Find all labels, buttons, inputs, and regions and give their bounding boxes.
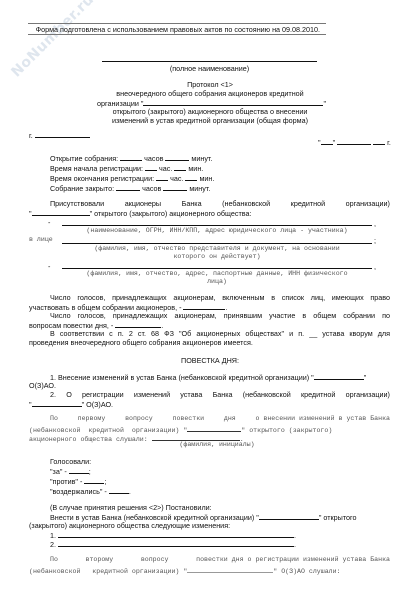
representative-field[interactable] xyxy=(62,243,372,244)
date-row: "" г. xyxy=(318,137,391,147)
time-unit: минут. xyxy=(189,184,210,193)
date-quote-close: " xyxy=(333,138,336,147)
hours-field[interactable] xyxy=(145,163,157,171)
word: дня xyxy=(224,415,236,422)
text: (небанковской кредитной организации) " xyxy=(29,568,187,575)
minutes-field[interactable] xyxy=(163,183,187,191)
resolve-line-2: (закрытого) акционерного общества следую… xyxy=(29,521,230,530)
q1-speaker-field[interactable] xyxy=(152,433,240,441)
time-unit: час. xyxy=(159,164,172,173)
hours-field[interactable] xyxy=(116,183,140,191)
word: второму xyxy=(86,556,114,563)
quorum-text: В соответствии с п. 2 ст. 68 ФЗ "Об акци… xyxy=(50,329,390,338)
minutes-field[interactable] xyxy=(174,163,186,171)
present-line-1: Присутствовали акционеры Банка (небанков… xyxy=(50,199,390,208)
header-note-bar: Форма подготовлена с использованием прав… xyxy=(28,23,326,35)
decision-label: (В случае принятия решения <2>) Постанов… xyxy=(50,503,212,512)
word: (небанковской xyxy=(243,390,291,399)
agenda-item-2-line-2: "" О(З)АО. xyxy=(29,399,113,409)
document-page: NoNumber.ru Форма подготовлена с использ… xyxy=(0,0,420,600)
time-label: Время окончания регистрации: xyxy=(50,174,154,183)
resolve-bank-name-field[interactable] xyxy=(259,512,319,520)
dash: - xyxy=(48,262,50,271)
quorum-text-2: проведения внеочередного общего собрания… xyxy=(29,338,253,347)
text: " открытого xyxy=(319,513,357,522)
text: 2. xyxy=(50,540,56,549)
text: " О(З)АО слушали: xyxy=(273,568,340,575)
protocol-title: Протокол <1> xyxy=(80,80,340,89)
dash: - xyxy=(48,218,50,227)
voted-label: Голосовали: xyxy=(50,457,131,466)
time-unit: минут. xyxy=(191,154,212,163)
times-block: Открытие собрания: часов минут. Время на… xyxy=(50,153,214,193)
title-line-4: открытого (закрытого) акционерного общес… xyxy=(80,107,340,116)
q1-bank-name-field[interactable] xyxy=(187,424,241,432)
hours-field[interactable] xyxy=(156,173,168,181)
time-unit: часов xyxy=(144,154,163,163)
vote-for: "за" - ; xyxy=(50,466,131,476)
full-name-caption: (полное наименование) xyxy=(102,64,317,73)
time-unit: мин. xyxy=(188,164,203,173)
word: (небанковской xyxy=(222,199,270,208)
title-line-2: внеочередного общего собрания акционеров… xyxy=(80,89,340,98)
word: организации) xyxy=(346,199,390,208)
votes-total-field[interactable] xyxy=(183,302,225,310)
text: 1. Внесение изменений в устав Банка (неб… xyxy=(50,373,314,382)
q1-voting: Голосовали: "за" - ; "против" - ; "возде… xyxy=(50,457,131,496)
text: " открытого (закрытого) xyxy=(241,427,332,434)
word: Банка xyxy=(182,199,202,208)
present-line-2: "" открытого (закрытого) акционерного об… xyxy=(29,208,252,218)
vote-abstained: "воздержались" - . xyxy=(50,486,131,496)
date-year-field[interactable] xyxy=(373,137,385,145)
natural-person-caption-2: лица) xyxy=(62,278,372,285)
semicolon: ; xyxy=(374,236,376,245)
in-person-label: в лице xyxy=(29,236,53,243)
word: кредитной xyxy=(291,199,325,208)
word: организации) xyxy=(346,390,390,399)
q2-line-2: (небанковской кредитной организации) "" … xyxy=(29,565,341,575)
word: По xyxy=(50,556,58,563)
time-unit: часов xyxy=(142,184,161,193)
representative-caption: (фамилия, имя, отчество представителя и … xyxy=(62,245,372,252)
time-reg-start: Время начала регистрации: час. мин. xyxy=(50,163,214,173)
agenda-item-1-line-2: О(З)АО. xyxy=(29,381,56,390)
quote: " xyxy=(364,373,367,382)
vote-against: "против" - ; xyxy=(50,476,131,486)
comma: , xyxy=(374,262,376,271)
time-closed: Собрание закрыто: часов минут. xyxy=(50,183,214,193)
text: "за" - xyxy=(50,467,67,476)
hours-field[interactable] xyxy=(120,153,142,161)
word: Банка xyxy=(213,390,233,399)
q2-bank-name-field[interactable] xyxy=(187,565,273,573)
city-field[interactable] xyxy=(35,130,90,138)
vote-abstained-field[interactable] xyxy=(109,486,129,494)
word: изменений xyxy=(134,390,170,399)
org-name-field[interactable] xyxy=(143,98,323,106)
legal-entity-field[interactable] xyxy=(62,225,372,226)
agenda-heading: ПОВЕСТКА ДНЯ: xyxy=(80,356,340,365)
speaker-caption: (фамилия, инициалы) xyxy=(172,441,262,448)
text: "воздержались" - xyxy=(50,487,107,496)
natural-person-field[interactable] xyxy=(62,268,372,269)
word: первому xyxy=(78,415,106,422)
word: О xyxy=(66,390,72,399)
word: повестки дня о регистрации изменений уст… xyxy=(196,556,390,563)
date-suffix: г. xyxy=(387,138,391,147)
header-note: Форма подготовлена с использованием прав… xyxy=(36,25,320,34)
time-reg-end: Время окончания регистрации: час. мин. xyxy=(50,173,214,183)
word: вопросу xyxy=(125,415,153,422)
vote-against-field[interactable] xyxy=(84,476,104,484)
time-label: Собрание закрыто: xyxy=(50,184,114,193)
word: По xyxy=(50,415,58,422)
present-suffix: " открытого (закрытого) акционерного общ… xyxy=(90,209,252,218)
bank-name-field[interactable] xyxy=(32,208,90,216)
time-unit: час. xyxy=(170,174,183,183)
date-month-field[interactable] xyxy=(337,137,371,145)
time-open: Открытие собрания: часов минут. xyxy=(50,153,214,163)
time-label: Открытие собрания: xyxy=(50,154,118,163)
agenda-bank-name-field[interactable] xyxy=(314,372,364,380)
word: кредитной xyxy=(301,390,335,399)
word: регистрации xyxy=(82,390,124,399)
word: устава xyxy=(180,390,202,399)
change-2: 2. . xyxy=(50,539,296,549)
full-name-line xyxy=(102,61,317,62)
word: акционеры xyxy=(125,199,161,208)
city-prefix: г. xyxy=(29,131,33,140)
change-2-field[interactable] xyxy=(58,539,294,547)
representative-caption-2: которого он действует) xyxy=(62,253,372,260)
watermark: NoNumber.ru xyxy=(8,0,97,80)
time-unit: мин. xyxy=(199,174,214,183)
word: о внесении изменений в устав Банка xyxy=(255,415,390,422)
votes-participated-text: Число голосов, принадлежащих акционерам,… xyxy=(50,311,390,320)
date-day-field[interactable] xyxy=(321,137,333,145)
text: " О(З)АО. xyxy=(82,400,114,409)
word: 2. xyxy=(50,390,56,399)
legal-entity-caption: (наименование, ОГРН, ИНН/КПП, адрес юрид… xyxy=(62,227,372,234)
word: Присутствовали xyxy=(50,199,104,208)
text: "против" - xyxy=(50,477,82,486)
minutes-field[interactable] xyxy=(165,153,189,161)
title-line-5: изменений в устав кредитной организации … xyxy=(80,116,340,125)
votes-participated-field[interactable] xyxy=(115,320,161,328)
votes-total-text: Число голосов, принадлежащих акционерам,… xyxy=(50,293,390,302)
agenda-item-2: 2. О регистрации изменений устава Банка … xyxy=(50,390,390,399)
q2-line-1: По второму вопросу повестки дня о регист… xyxy=(50,556,390,563)
change-1-field[interactable] xyxy=(58,530,294,538)
agenda-item-1: 1. Внесение изменений в устав Банка (неб… xyxy=(50,372,366,382)
vote-for-field[interactable] xyxy=(69,466,89,474)
text: акционерного общества слушали: xyxy=(29,436,148,443)
city-row: г. xyxy=(29,130,90,140)
comma: , xyxy=(374,219,376,228)
natural-person-caption: (фамилия, имя, отчество, адрес, паспортн… xyxy=(62,270,372,277)
word: вопросу xyxy=(141,556,169,563)
time-label: Время начала регистрации: xyxy=(50,164,143,173)
agenda-bank-name-field-2[interactable] xyxy=(32,399,82,407)
q1-line-1: По первому вопросу повестки дня о внесен… xyxy=(50,415,390,422)
word: повестки xyxy=(172,415,204,422)
minutes-field[interactable] xyxy=(185,173,197,181)
